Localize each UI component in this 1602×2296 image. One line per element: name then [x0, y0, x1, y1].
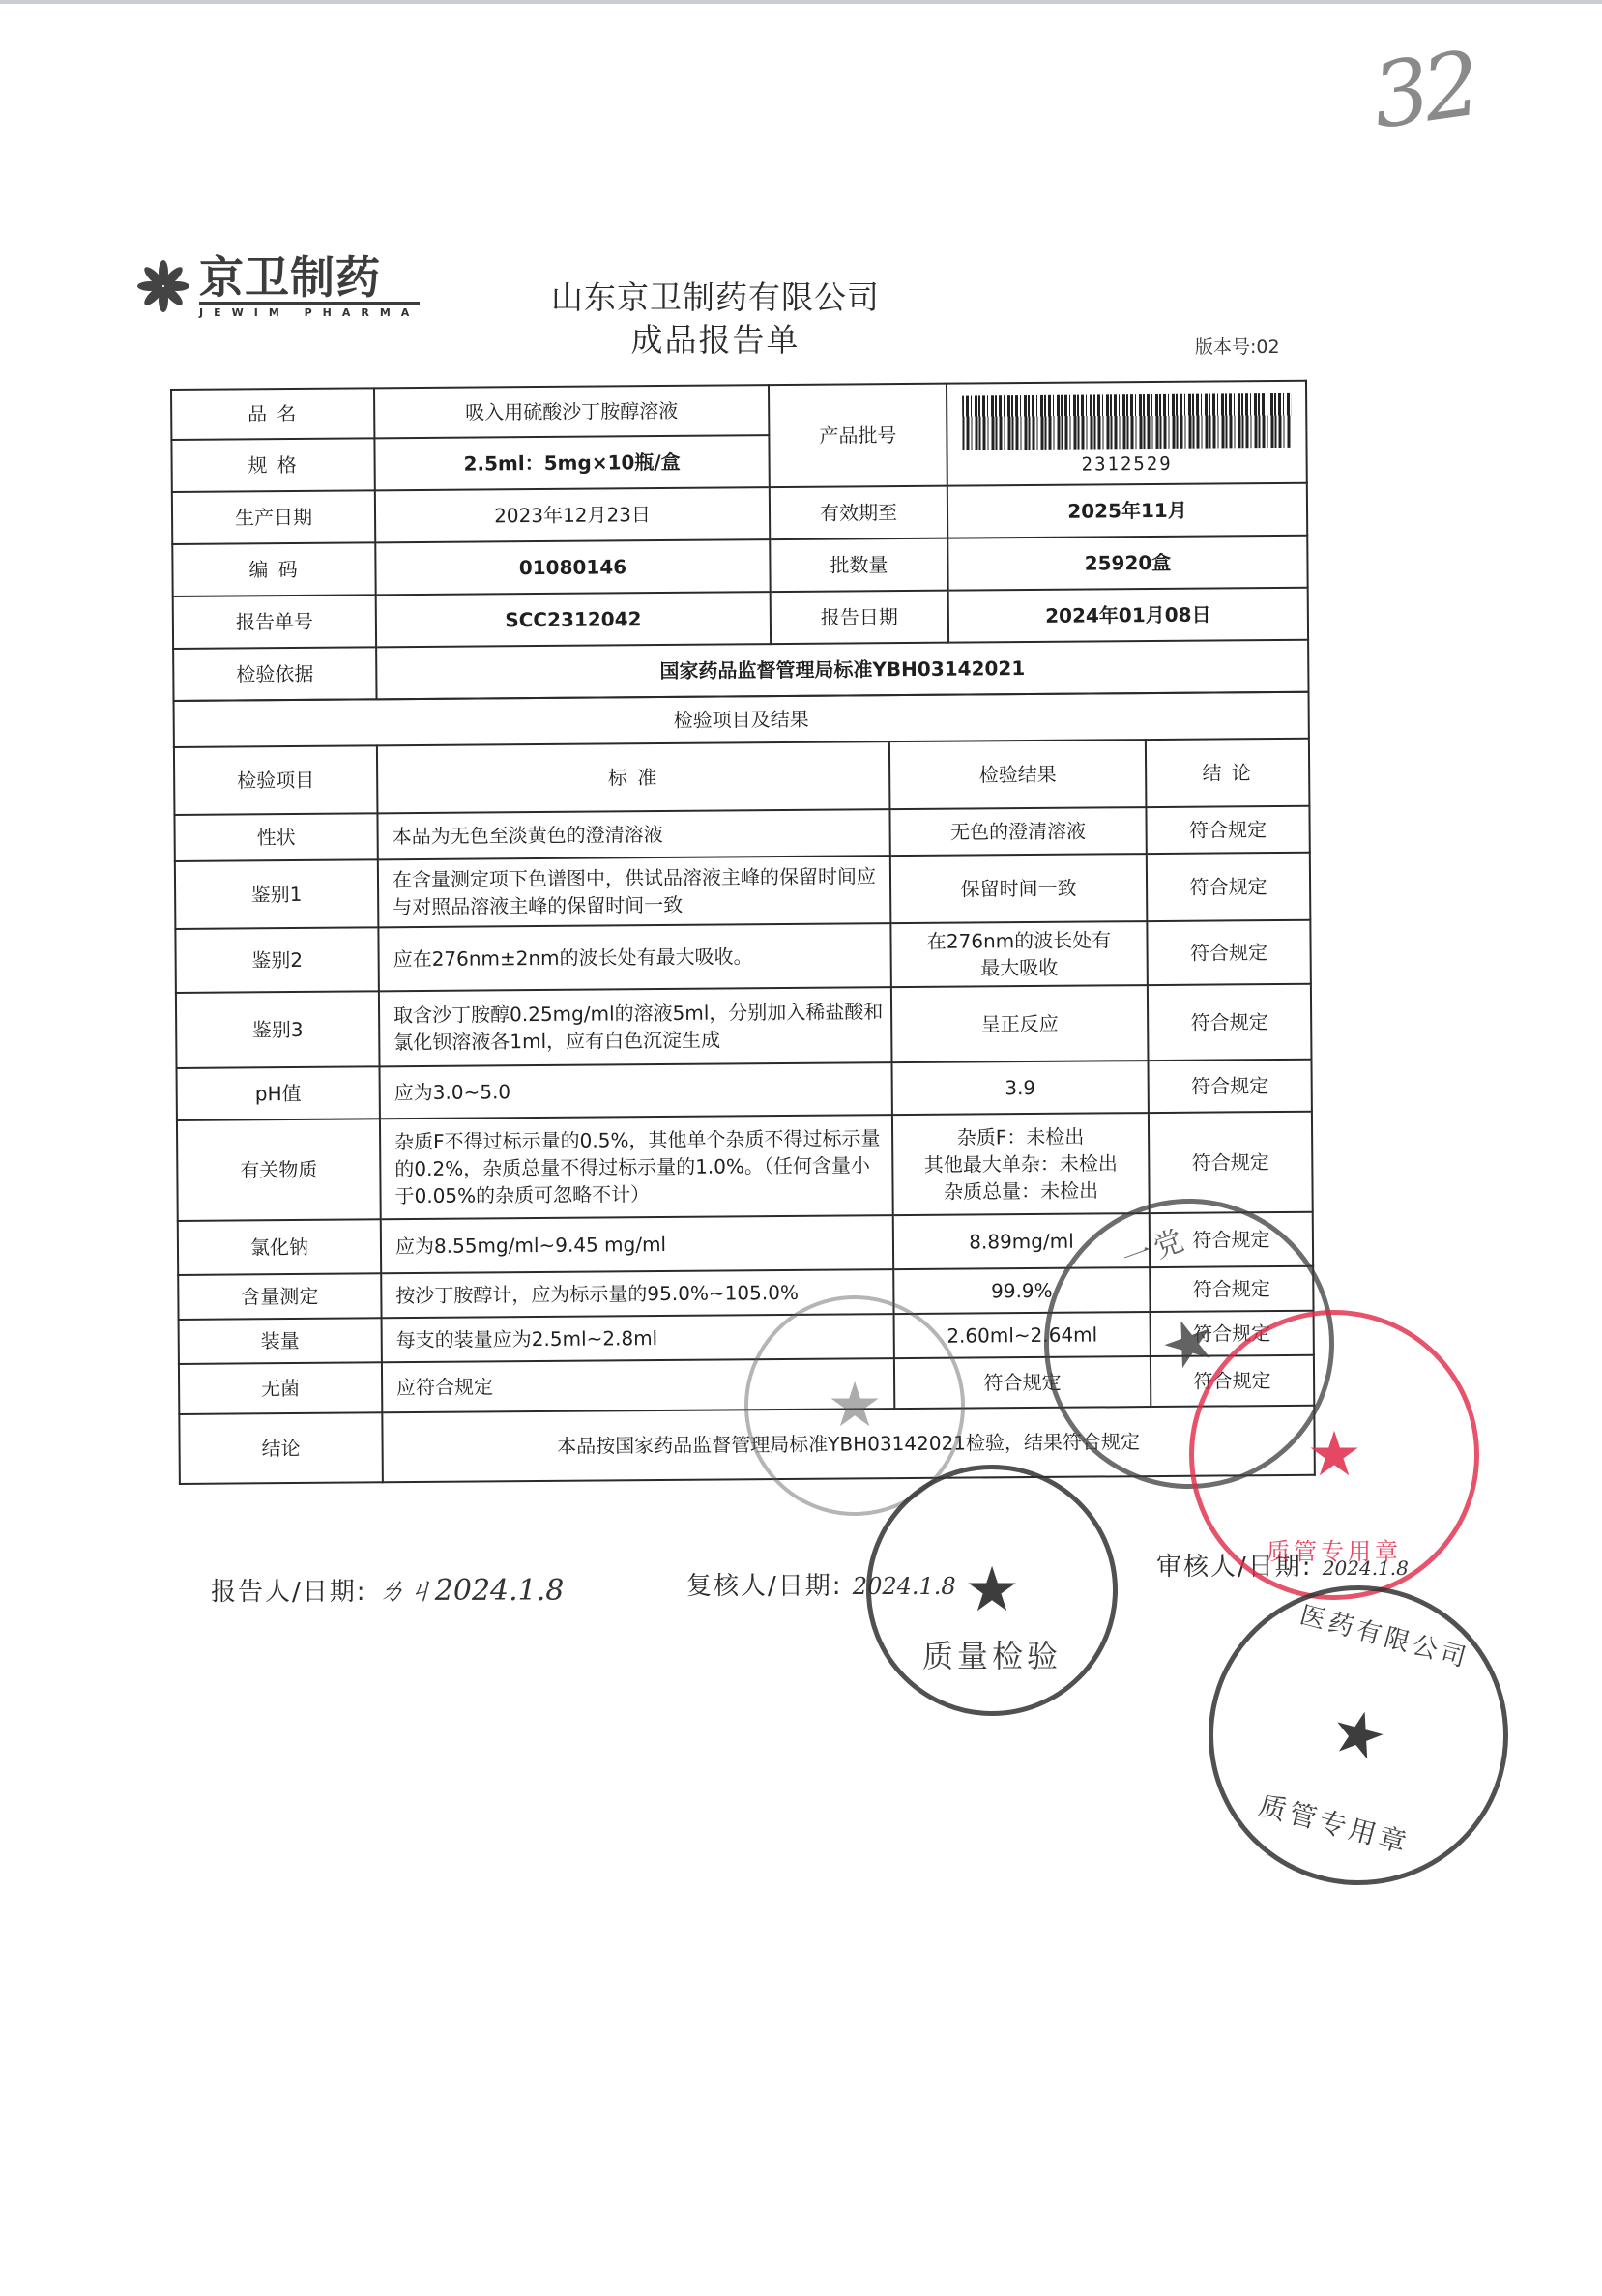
result-value: 保留时间一致: [890, 854, 1148, 923]
reviewer-handwriting: 2024.1.8: [853, 1573, 956, 1600]
logo-chinese: 京卫制药: [199, 253, 420, 305]
reviewer-label: 复核人/日期:: [686, 1572, 843, 1601]
result-item: 有关物质: [177, 1119, 381, 1221]
result-row: 氯化钠应为8.55mg/ml~9.45 mg/ml8.89mg/ml符合规定: [178, 1212, 1313, 1275]
batch-qty: 25920盒: [947, 536, 1307, 591]
result-item: 无菌: [179, 1362, 382, 1414]
header-standard: 标 准: [377, 741, 890, 813]
header-result: 检验结果: [889, 740, 1147, 809]
handwritten-page-number: 32: [1366, 32, 1481, 149]
result-item: pH值: [177, 1066, 380, 1120]
result-value: 在276nm的波长处有 最大吸收: [890, 921, 1148, 987]
barcode-icon: [962, 393, 1291, 450]
result-row: 有关物质杂质F不得过标示量的0.5%，其他单个杂质不得过标示量的0.2%，杂质总…: [177, 1112, 1313, 1221]
result-standard: 应为8.55mg/ml~9.45 mg/ml: [381, 1215, 893, 1273]
result-row: 无菌应符合规定符合规定符合规定: [179, 1355, 1314, 1414]
mfg-date-label: 生产日期: [172, 490, 375, 544]
expiry: 2025年11月: [947, 483, 1307, 538]
document-title: 成品报告单: [522, 315, 909, 361]
result-item: 性状: [174, 813, 377, 861]
result-standard: 应符合规定: [382, 1358, 894, 1412]
result-row: pH值应为3.0~5.03.9符合规定: [177, 1060, 1312, 1120]
result-conclusion: 符合规定: [1149, 1112, 1313, 1213]
company-logo: 京卫制药 JEWIM PHARMA: [135, 253, 420, 319]
result-row: 鉴别2应在276nm±2nm的波长处有最大吸收。在276nm的波长处有 最大吸收…: [175, 920, 1310, 993]
result-standard: 取含沙丁胺醇0.25mg/ml的溶液5ml，分别加入稀盐酸和氯化钡溶液各1ml，…: [379, 987, 892, 1066]
report-date-label: 报告日期: [771, 591, 948, 644]
result-value: 99.9%: [893, 1267, 1150, 1314]
result-conclusion: 符合规定: [1150, 1266, 1313, 1312]
lot-cell: 2312529: [947, 381, 1307, 486]
mfg-date: 2023年12月23日: [375, 487, 770, 542]
result-item: 鉴别1: [175, 859, 379, 929]
info-table: 品 名 吸入用硫酸沙丁胺醇溶液 产品批号 2312529 规 格 2.5ml：5…: [170, 380, 1310, 702]
result-conclusion: 符合规定: [1150, 1212, 1313, 1267]
result-row: 鉴别1在含量测定项下色谱图中，供试品溶液主峰的保留时间应与对照品溶液主峰的保留时…: [175, 853, 1311, 929]
result-standard: 每支的装量应为2.5ml~2.8ml: [382, 1314, 894, 1362]
result-item: 含量测定: [178, 1273, 381, 1320]
expiry-label: 有效期至: [770, 486, 947, 539]
result-conclusion: 符合规定: [1151, 1311, 1314, 1356]
code: 01080146: [375, 539, 770, 595]
bottom-stamp-text: 医药有限公司: [1240, 1580, 1529, 1689]
flower-logo-icon: [135, 258, 191, 314]
approver-handwriting: 2024.1.8: [1323, 1556, 1409, 1580]
result-conclusion: 符合规定: [1146, 806, 1309, 854]
result-conclusion: 符合规定: [1151, 1355, 1314, 1407]
results-table: 检验项目及结果 检验项目 标 准 检验结果 结 论 性状本品为无色至淡黄色的澄清…: [173, 691, 1316, 1485]
scan-edge: [0, 0, 1602, 4]
reporter-signature: 报告人/日期: ㄌㄐ2024.1.8: [211, 1566, 564, 1609]
result-row: 鉴别3取含沙丁胺醇0.25mg/ml的溶液5ml，分别加入稀盐酸和氯化钡溶液各1…: [176, 984, 1312, 1068]
spec-label: 规 格: [171, 438, 374, 492]
result-standard: 应为3.0~5.0: [380, 1062, 892, 1119]
result-conclusion: 符合规定: [1148, 984, 1312, 1061]
result-item: 装量: [179, 1318, 382, 1364]
code-label: 编 码: [172, 542, 375, 596]
bottom-company-stamp: 医药有限公司 ★ 质管专用章: [1175, 1552, 1542, 1919]
result-conclusion: 符合规定: [1147, 853, 1311, 921]
result-item: 鉴别2: [175, 927, 379, 993]
result-value: 呈正反应: [891, 985, 1149, 1062]
result-standard: 杂质F不得过标示量的0.5%，其他单个杂质不得过标示量的0.2%，杂质总量不得过…: [380, 1115, 893, 1219]
product-name-label: 品 名: [171, 388, 374, 440]
report-date: 2024年01月08日: [948, 588, 1308, 643]
batch-qty-label: 批数量: [770, 538, 947, 592]
result-standard: 应在276nm±2nm的波长处有最大吸收。: [378, 923, 891, 991]
star-icon: ★: [1324, 1699, 1393, 1773]
result-value: 无色的澄清溶液: [889, 807, 1146, 856]
report-sheet: 品 名 吸入用硫酸沙丁胺醇溶液 产品批号 2312529 规 格 2.5ml：5…: [170, 380, 1316, 1485]
result-standard: 本品为无色至淡黄色的澄清溶液: [377, 809, 889, 859]
final-conclusion-label: 结论: [179, 1412, 383, 1484]
logo-english: JEWIM PHARMA: [199, 306, 420, 319]
result-standard: 在含量测定项下色谱图中，供试品溶液主峰的保留时间应与对照品溶液主峰的保留时间一致: [378, 856, 891, 927]
result-item: 氯化钠: [178, 1219, 381, 1275]
spec: 2.5ml：5mg×10瓶/盒: [374, 435, 769, 490]
result-value: 8.89mg/ml: [893, 1213, 1150, 1269]
final-conclusion: 本品按国家药品监督管理局标准YBH03142021检验，结果符合规定: [382, 1406, 1315, 1483]
version-number: 版本号:02: [1195, 333, 1280, 359]
approver-label: 审核人/日期:: [1156, 1553, 1313, 1582]
report-no-label: 报告单号: [173, 595, 376, 649]
header-conclusion: 结 论: [1146, 739, 1310, 807]
result-value: 符合规定: [894, 1356, 1151, 1409]
reporter-handwriting: ㄌㄐ2024.1.8: [377, 1574, 565, 1608]
basis: 国家药品监督管理局标准YBH03142021: [376, 640, 1308, 700]
qc-stamp-text: 质量检验: [871, 1632, 1113, 1676]
star-icon: ★: [964, 1559, 1019, 1621]
result-value: 3.9: [891, 1061, 1148, 1115]
lot-label: 产品批号: [769, 384, 947, 487]
result-standard: 按沙丁胺醇计，应为标示量的95.0%~105.0%: [381, 1269, 893, 1318]
reviewer-signature: 复核人/日期: 2024.1.8: [686, 1566, 956, 1602]
lot-number: 2312529: [954, 450, 1300, 480]
result-value: 2.60ml~2.64ml: [894, 1312, 1151, 1358]
result-conclusion: 符合规定: [1147, 920, 1311, 985]
reporter-label: 报告人/日期:: [211, 1578, 367, 1607]
basis-label: 检验依据: [173, 647, 376, 701]
bottom-stamp-sub: 质管专用章: [1190, 1767, 1480, 1879]
report-no: SCC2312042: [376, 592, 771, 647]
company-name: 山东京卫制药有限公司: [522, 273, 909, 318]
result-conclusion: 符合规定: [1148, 1060, 1311, 1113]
result-value: 杂质F：未检出 其他最大单杂：未检出 杂质总量：未检出: [892, 1113, 1150, 1215]
product-name: 吸入用硫酸沙丁胺醇溶液: [374, 385, 769, 438]
approver-signature: 审核人/日期: 2024.1.8: [1156, 1547, 1409, 1583]
header-item: 检验项目: [174, 745, 378, 815]
result-item: 鉴别3: [176, 991, 380, 1068]
